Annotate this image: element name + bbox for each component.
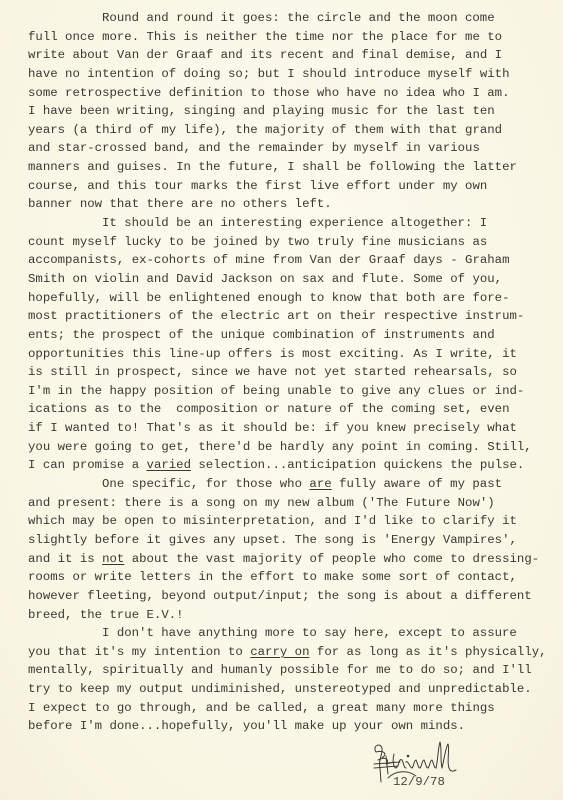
underlined-word: carry on bbox=[250, 645, 309, 659]
text-line: I'm in the happy position of being unabl… bbox=[28, 382, 547, 401]
text-line: opportunities this line-up offers is mos… bbox=[28, 345, 547, 364]
text-line: slightly before it gives any upset. The … bbox=[28, 531, 547, 550]
text-line: you were going to get, there'd be hardly… bbox=[28, 438, 547, 457]
text-line: some retrospective definition to those w… bbox=[28, 84, 547, 103]
paragraph-first-line: Round and round it goes: the circle and … bbox=[28, 9, 547, 28]
text-line: Smith on violin and David Jackson on sax… bbox=[28, 270, 547, 289]
paragraph-first-line: I don't have anything more to say here, … bbox=[28, 624, 547, 643]
text-line: however fleeting, beyond output/input; t… bbox=[28, 587, 547, 606]
text-line: if I wanted to! That's as it should be: … bbox=[28, 419, 547, 438]
text-line: accompanists, ex-cohorts of mine from Va… bbox=[28, 251, 547, 270]
text-line: which may be open to misinterpretation, … bbox=[28, 512, 547, 531]
text-line: manners and guises. In the future, I sha… bbox=[28, 158, 547, 177]
text-line: try to keep my output undiminished, unst… bbox=[28, 680, 547, 699]
text-line: ents; the prospect of the unique combina… bbox=[28, 326, 547, 345]
text-line: I have been writing, singing and playing… bbox=[28, 102, 547, 121]
text-line: I can promise a varied selection...antic… bbox=[28, 456, 547, 475]
text-line: breed, the true E.V.! bbox=[28, 606, 547, 625]
underlined-word: are bbox=[309, 477, 331, 491]
text-line: you that it's my intention to carry on f… bbox=[28, 643, 547, 662]
text-line: years (a third of my life), the majority… bbox=[28, 121, 547, 140]
underlined-word: varied bbox=[147, 458, 191, 472]
underlined-word: not bbox=[102, 552, 124, 566]
text-line: rooms or write letters in the effort to … bbox=[28, 568, 547, 587]
text-line: full once more. This is neither the time… bbox=[28, 28, 547, 47]
text-line: and it is not about the vast majority of… bbox=[28, 550, 547, 569]
text-line: mentally, spiritually and humanly possib… bbox=[28, 661, 547, 680]
text-line: count myself lucky to be joined by two t… bbox=[28, 233, 547, 252]
text-line: have no intention of doing so; but I sho… bbox=[28, 65, 547, 84]
text-line: I expect to go through, and be called, a… bbox=[28, 699, 547, 718]
text-line: banner now that there are no others left… bbox=[28, 195, 547, 214]
typewritten-letter-page: Round and round it goes: the circle and … bbox=[0, 0, 563, 800]
text-line: is still in prospect, since we have not … bbox=[28, 363, 547, 382]
text-line: course, and this tour marks the first li… bbox=[28, 177, 547, 196]
text-line: and present: there is a song on my new a… bbox=[28, 494, 547, 513]
paragraph-first-line: One specific, for those who are fully aw… bbox=[28, 475, 547, 494]
text-line: before I'm done...hopefully, you'll make… bbox=[28, 717, 547, 736]
letter-body: Round and round it goes: the circle and … bbox=[28, 9, 547, 736]
text-line: most practitioners of the electric art o… bbox=[28, 307, 547, 326]
text-line: and star-crossed band, and the remainder… bbox=[28, 139, 547, 158]
text-line: hopefully, will be enlightened enough to… bbox=[28, 289, 547, 308]
paragraph-first-line: It should be an interesting experience a… bbox=[28, 214, 547, 233]
text-line: ications as to the composition or nature… bbox=[28, 400, 547, 419]
signature-date: 12/9/78 bbox=[393, 775, 445, 789]
text-line: write about Van der Graaf and its recent… bbox=[28, 46, 547, 65]
